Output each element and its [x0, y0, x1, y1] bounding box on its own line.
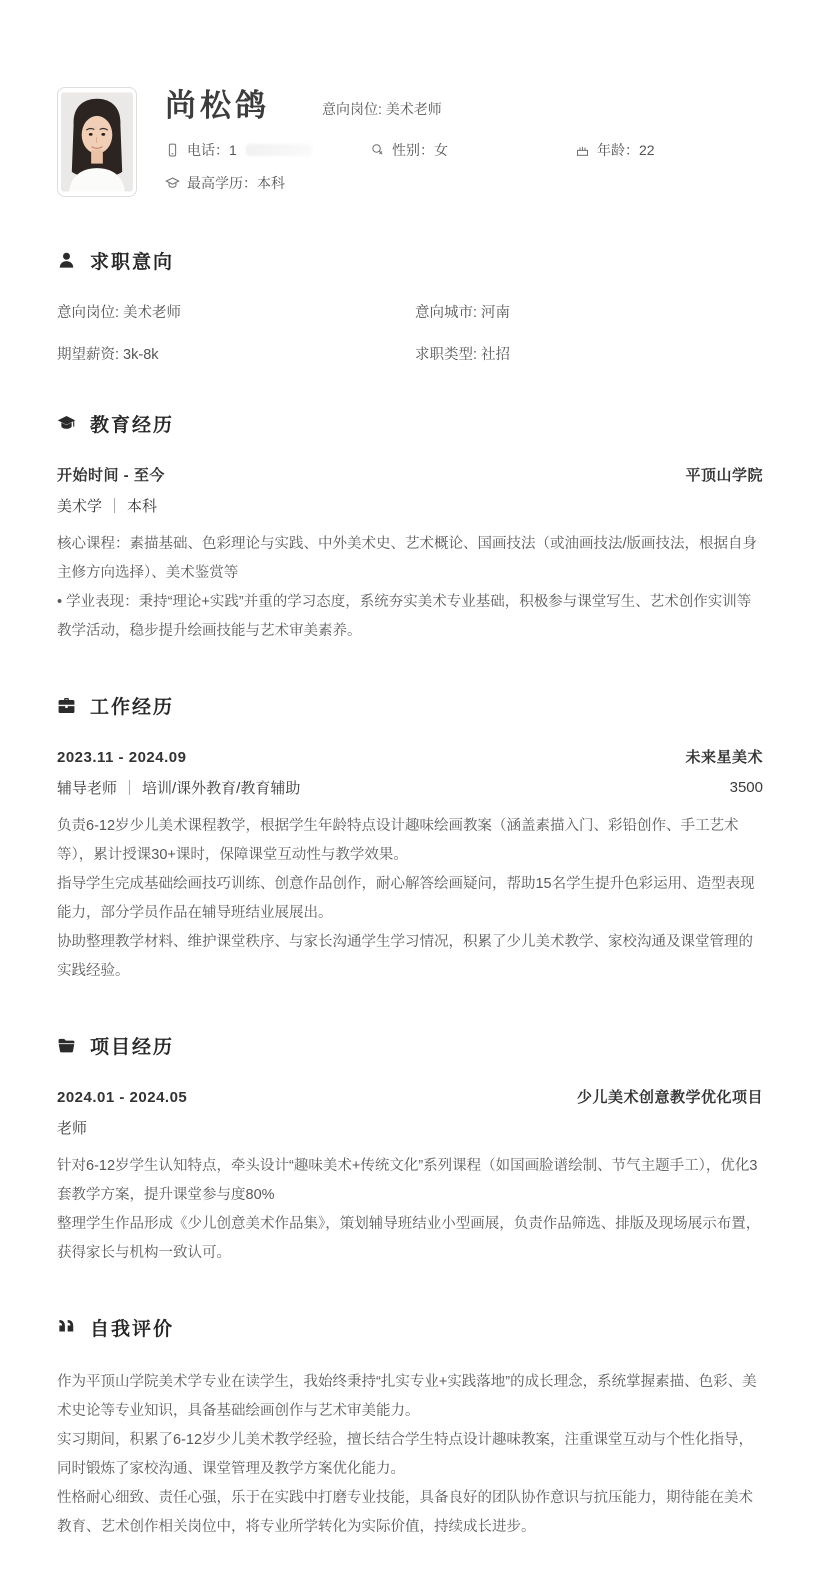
briefcase-icon [57, 696, 76, 715]
phone-icon [165, 142, 180, 158]
work-role-row: 辅导老师 培训/课外教育/教育辅助 3500 [57, 777, 763, 798]
education-school: 平顶山学院 [685, 464, 763, 485]
project-role: 老师 [57, 1117, 87, 1138]
section-header: 求职意向 [57, 247, 763, 274]
section-header: 自我评价 [57, 1314, 763, 1341]
header-info: 尚松鸽 意向岗位: 美术老师 电话：1 性别：女 [165, 87, 763, 193]
graduation-cap-outline-icon [165, 175, 180, 191]
name-row: 尚松鸽 意向岗位: 美术老师 [165, 87, 763, 124]
divider [129, 780, 130, 795]
intent-field-type: 求职类型: 社招 [415, 343, 763, 364]
project-detail: 针对6-12岁学生认知特点，牵头设计“趣味美术+传统文化”系列课程（如国画脸谱绘… [57, 1152, 763, 1210]
section-title: 教育经历 [90, 410, 174, 437]
project-name: 少儿美术创意教学优化项目 [577, 1086, 763, 1107]
section-project: 项目经历 2024.01 - 2024.05 少儿美术创意教学优化项目 老师 针… [57, 1032, 763, 1268]
education-period: 开始时间 - 至今 [57, 464, 165, 485]
degree-value: 最高学历：本科 [187, 173, 285, 193]
section-title: 求职意向 [90, 247, 174, 274]
work-detail: 负责6-12岁少儿美术课程教学，根据学生年龄特点设计趣味绘画教案（涵盖素描入门、… [57, 812, 763, 870]
phone-redacted [246, 144, 312, 156]
profile-photo [57, 87, 137, 197]
divider [114, 498, 115, 513]
work-salary: 3500 [730, 779, 763, 796]
evaluation-detail: 性格耐心细致、责任心强，乐于在实践中打磨专业技能，具备良好的团队协作意识与抗压能… [57, 1484, 763, 1542]
section-title: 项目经历 [90, 1032, 174, 1059]
intent-position-label: 意向岗位: 美术老师 [322, 99, 442, 119]
contact-info: 电话：1 性别：女 年龄：22 [165, 140, 763, 193]
work-category: 培训/课外教育/教育辅助 [142, 777, 300, 798]
evaluation-description: 作为平顶山学院美术学专业在读学生，我始终秉持“扎实专业+实践落地”的成长理念，系… [57, 1368, 763, 1542]
project-detail: 整理学生作品形成《少儿创意美术作品集》，策划辅导班结业小型画展，负责作品筛选、排… [57, 1210, 763, 1268]
education-major: 美术学 [57, 495, 102, 516]
user-icon [57, 251, 76, 270]
education-entry-header: 开始时间 - 至今 平顶山学院 [57, 464, 763, 485]
project-role-row: 老师 [57, 1117, 763, 1138]
section-header: 教育经历 [57, 410, 763, 437]
gender-icon [370, 142, 385, 158]
work-detail: 指导学生完成基础绘画技巧训练、创意作品创作，耐心解答绘画疑问，帮助15名学生提升… [57, 870, 763, 928]
double-quotes-icon [57, 1318, 76, 1337]
resume-page: 尚松鸽 意向岗位: 美术老师 电话：1 性别：女 [0, 0, 820, 1582]
evaluation-detail: 实习期间，积累了6-12岁少儿美术教学经验，擅长结合学生特点设计趣味教案，注重课… [57, 1426, 763, 1484]
work-description: 负责6-12岁少儿美术课程教学，根据学生年龄特点设计趣味绘画教案（涵盖素描入门、… [57, 812, 763, 986]
birthday-cake-icon [575, 142, 590, 158]
work-role-group: 辅导老师 培训/课外教育/教育辅助 [57, 777, 300, 798]
age-value: 年龄：22 [597, 140, 655, 160]
gender-value: 性别：女 [392, 140, 448, 160]
section-education: 教育经历 开始时间 - 至今 平顶山学院 美术学 本科 核心课程：素描基础、色彩… [57, 410, 763, 646]
section-job-intention: 求职意向 意向岗位: 美术老师 意向城市: 河南 期望薪资: 3k-8k 求职类… [57, 247, 763, 364]
education-performance: • 学业表现：秉持“理论+实践”并重的学习态度，系统夯实美术专业基础，积极参与课… [57, 588, 763, 646]
intent-field-salary: 期望薪资: 3k-8k [57, 343, 415, 364]
education-courses: 核心课程：素描基础、色彩理论与实践、中外美术史、艺术概论、国画技法（或油画技法/… [57, 530, 763, 588]
intent-field-position: 意向岗位: 美术老师 [57, 301, 415, 322]
work-role: 辅导老师 [57, 777, 117, 798]
folder-icon [57, 1036, 76, 1055]
project-description: 针对6-12岁学生认知特点，牵头设计“趣味美术+传统文化”系列课程（如国画脸谱绘… [57, 1152, 763, 1268]
section-work: 工作经历 2023.11 - 2024.09 未来星美术 辅导老师 培训/课外教… [57, 692, 763, 986]
contact-degree: 最高学历：本科 [165, 173, 763, 193]
work-company: 未来星美术 [685, 746, 763, 767]
education-degree: 本科 [127, 495, 157, 516]
contact-gender: 性别：女 [370, 140, 575, 160]
section-title: 自我评价 [90, 1314, 174, 1341]
phone-value: 电话：1 [187, 140, 237, 160]
section-self-evaluation: 自我评价 作为平顶山学院美术学专业在读学生，我始终秉持“扎实专业+实践落地”的成… [57, 1314, 763, 1542]
work-entry-header: 2023.11 - 2024.09 未来星美术 [57, 746, 763, 767]
section-title: 工作经历 [90, 692, 174, 719]
graduation-cap-icon [57, 414, 76, 433]
resume-header: 尚松鸽 意向岗位: 美术老师 电话：1 性别：女 [57, 87, 763, 197]
work-detail: 协助整理教学材料、维护课堂秩序、与家长沟通学生学习情况，积累了少儿美术教学、家校… [57, 928, 763, 986]
education-major-row: 美术学 本科 [57, 495, 763, 516]
section-header: 工作经历 [57, 692, 763, 719]
project-period: 2024.01 - 2024.05 [57, 1089, 187, 1106]
intent-field-city: 意向城市: 河南 [415, 301, 763, 322]
contact-phone: 电话：1 [165, 140, 370, 160]
work-period: 2023.11 - 2024.09 [57, 749, 186, 766]
contact-age: 年龄：22 [575, 140, 763, 160]
candidate-name: 尚松鸽 [165, 87, 270, 124]
education-description: 核心课程：素描基础、色彩理论与实践、中外美术史、艺术概论、国画技法（或油画技法/… [57, 530, 763, 646]
portrait-illustration [61, 91, 133, 193]
section-header: 项目经历 [57, 1032, 763, 1059]
evaluation-detail: 作为平顶山学院美术学专业在读学生，我始终秉持“扎实专业+实践落地”的成长理念，系… [57, 1368, 763, 1426]
project-entry-header: 2024.01 - 2024.05 少儿美术创意教学优化项目 [57, 1086, 763, 1107]
job-intention-grid: 意向岗位: 美术老师 意向城市: 河南 期望薪资: 3k-8k 求职类型: 社招 [57, 301, 763, 364]
